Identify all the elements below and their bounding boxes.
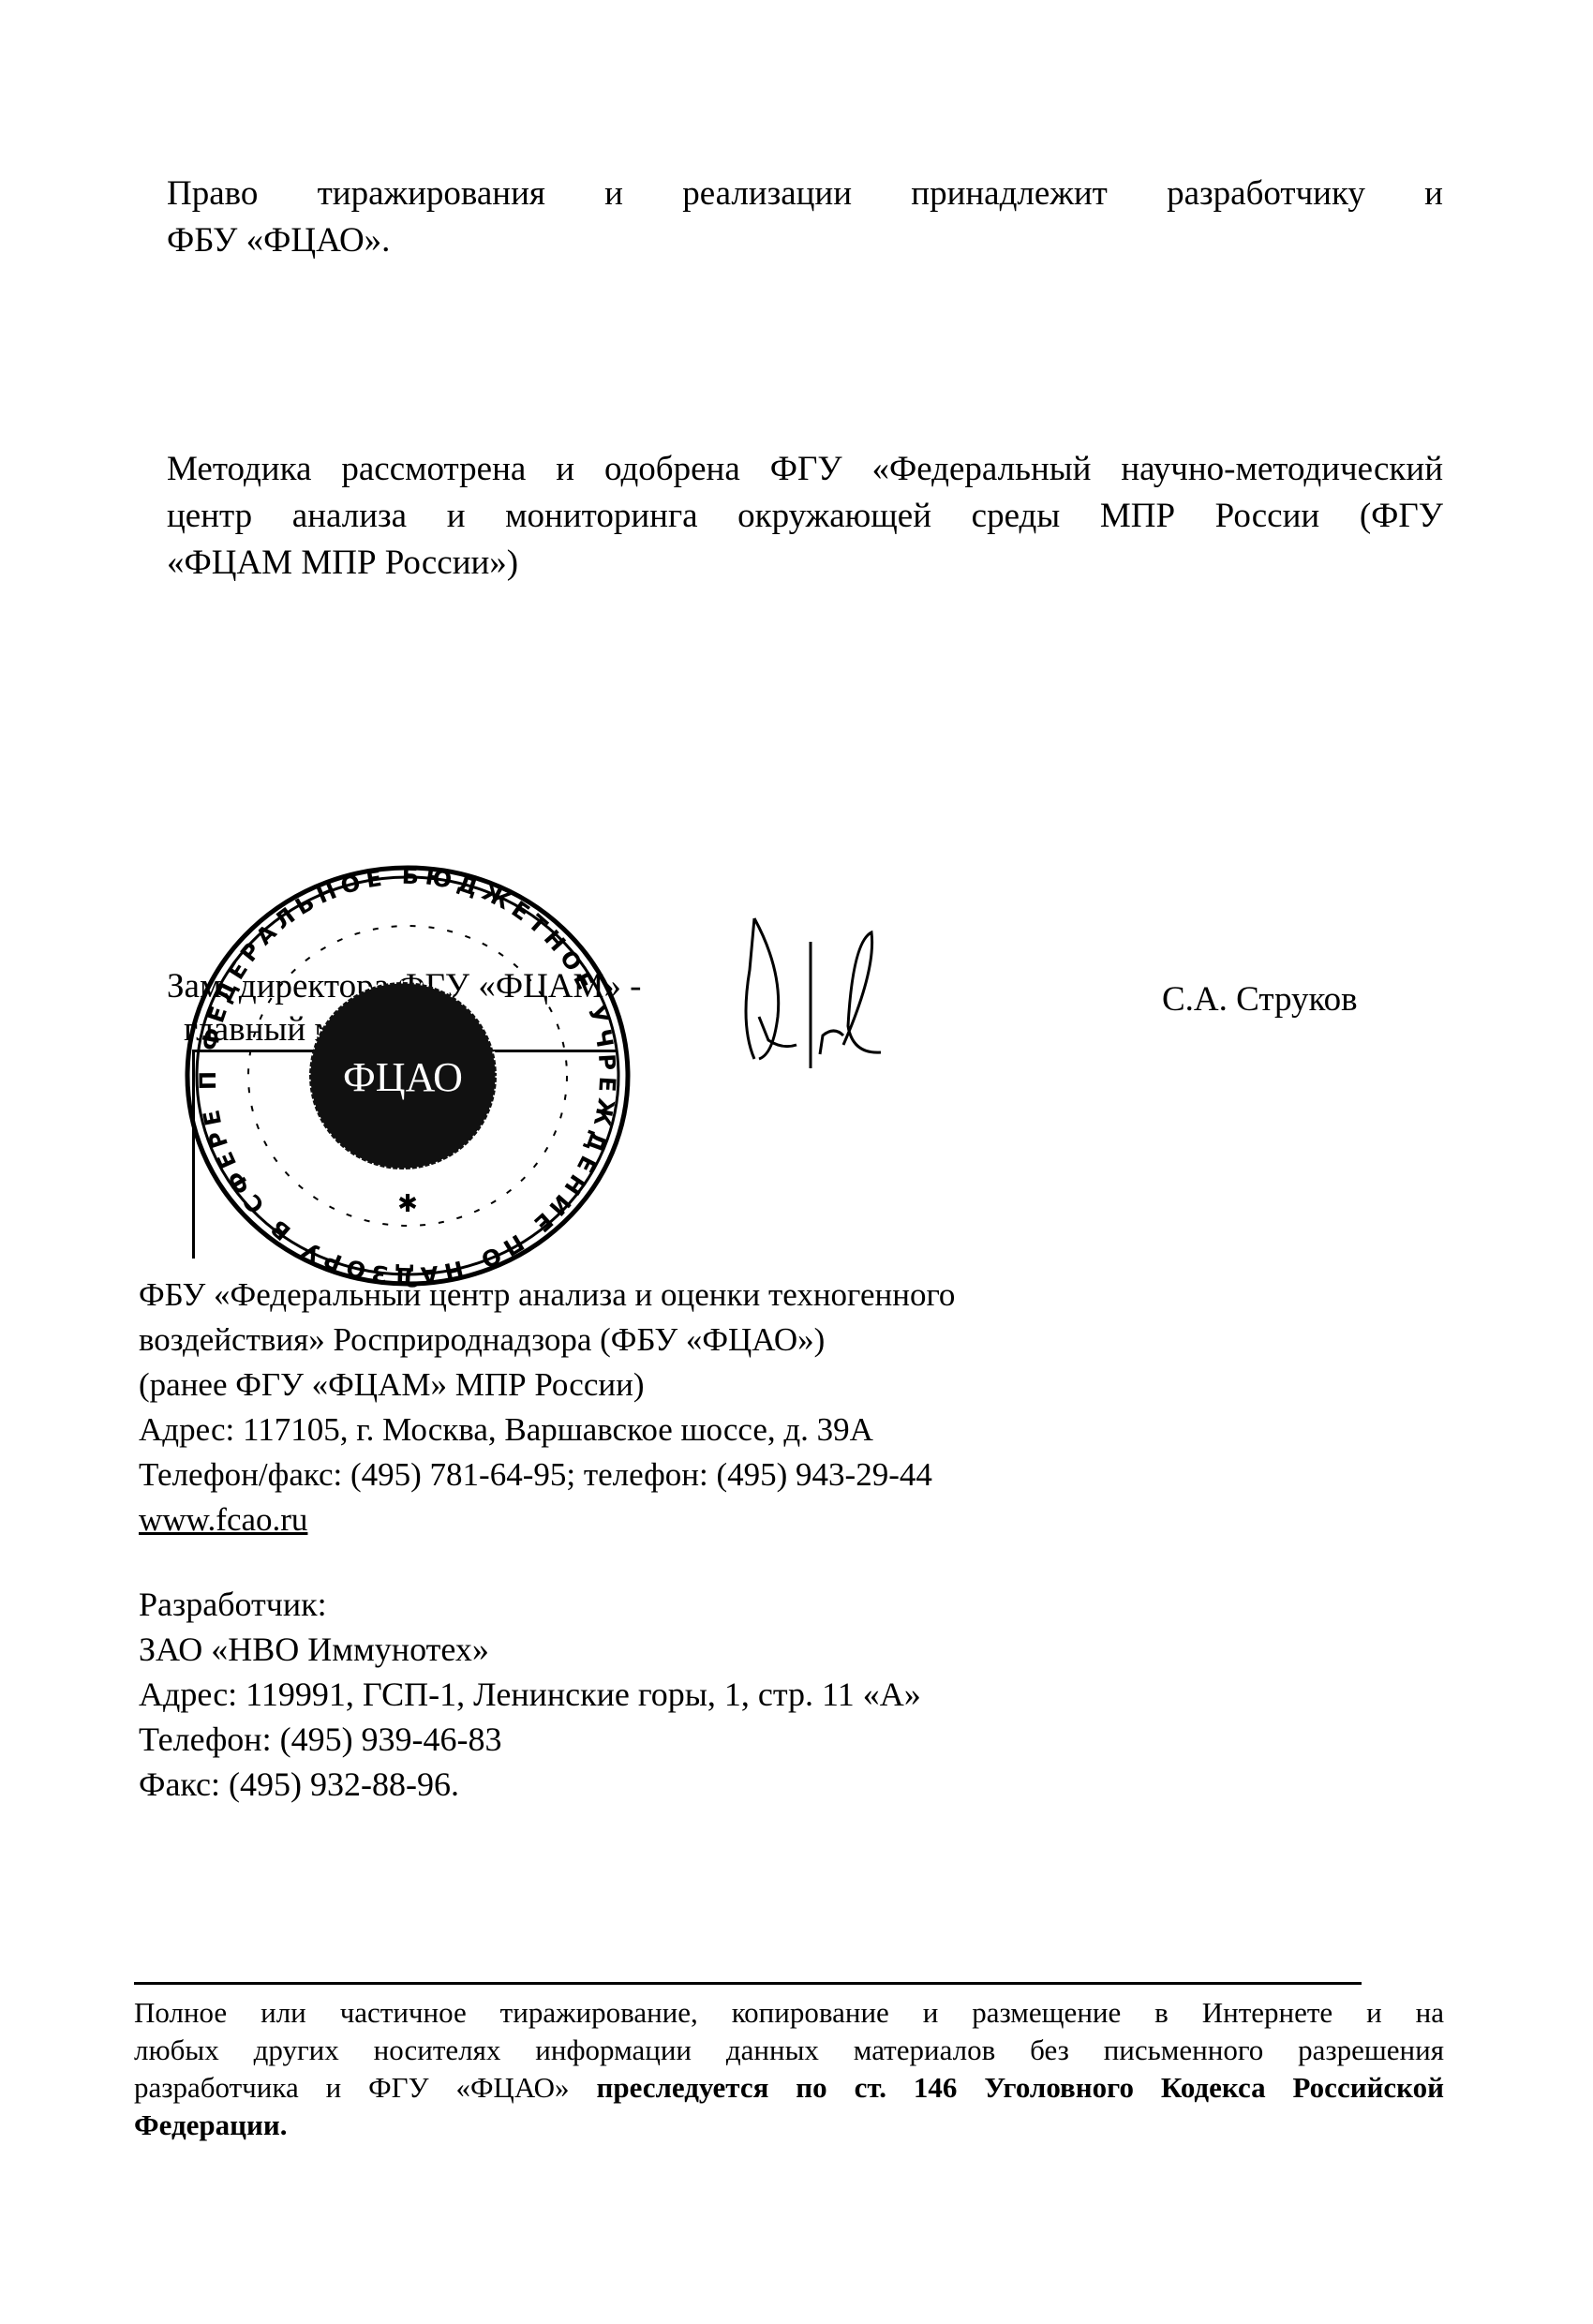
copyright-notice: Право тиражирования и реализации принадл… [167,171,1443,264]
organization-website-link[interactable]: www.fcao.ru [139,1501,307,1538]
handwritten-signature-icon [731,914,937,1073]
approval-line-3: «ФЦАМ МПР России») [167,540,1443,587]
developer-name: ЗАО «НВО Иммунотех» [139,1627,921,1672]
developer-fax: Факс: (495) 932-88-96. [139,1762,921,1807]
svg-text:✱: ✱ [397,1190,418,1217]
footer-line-2: любых других носителях информации данных… [134,2032,1444,2069]
svg-text:ФЦАО: ФЦАО [343,1054,463,1100]
approval-statement: Методика рассмотрена и одобрена ФГУ «Фед… [167,446,1443,587]
signer-name: С.А. Струков [1162,979,1358,1020]
copyright-line-1: Право тиражирования и реализации принадл… [167,171,1443,217]
copyright-line-2: ФБУ «ФЦАО». [167,217,1443,264]
official-stamp-icon: ФЦАО ФЕДЕРАЛЬНОЕ БЮДЖЕТНОЕ УЧРЕЖДЕНИЕ ПО… [173,860,642,1291]
developer-label: Разработчик: [139,1582,921,1627]
organization-info: ФБУ «Федеральный центр анализа и оценки … [139,1273,955,1542]
organization-name-line-2: воздействия» Росприроднадзора (ФБУ «ФЦАО… [139,1318,955,1363]
organization-phones: Телефон/факс: (495) 781-64-95; телефон: … [139,1452,955,1497]
footer-line-3-bold: преследуется по ст. 146 Уголовного Кодек… [596,2071,1444,2104]
footer-line-1: Полное или частичное тиражирование, копи… [134,1994,1444,2032]
developer-info: Разработчик: ЗАО «НВО Иммунотех» Адрес: … [139,1582,921,1807]
footer-line-3: разработчика и ФГУ «ФЦАО» преследуется п… [134,2069,1444,2107]
approval-line-1: Методика рассмотрена и одобрена ФГУ «Фед… [167,446,1443,493]
organization-former-name: (ранее ФГУ «ФЦАМ» МПР России) [139,1363,955,1408]
organization-name-line-1: ФБУ «Федеральный центр анализа и оценки … [139,1273,955,1318]
organization-address: Адрес: 117105, г. Москва, Варшавское шос… [139,1408,955,1452]
footer-line-4: Федерации. [134,2107,1444,2144]
approval-line-2: центр анализа и мониторинга окружающей с… [167,493,1443,540]
footer-line-3-normal: разработчика и ФГУ «ФЦАО» [134,2071,596,2104]
footer-divider [134,1982,1362,1985]
developer-address: Адрес: 119991, ГСП-1, Ленинские горы, 1,… [139,1672,921,1717]
legal-footer: Полное или частичное тиражирование, копи… [134,1994,1444,2144]
developer-phone: Телефон: (495) 939-46-83 [139,1717,921,1762]
